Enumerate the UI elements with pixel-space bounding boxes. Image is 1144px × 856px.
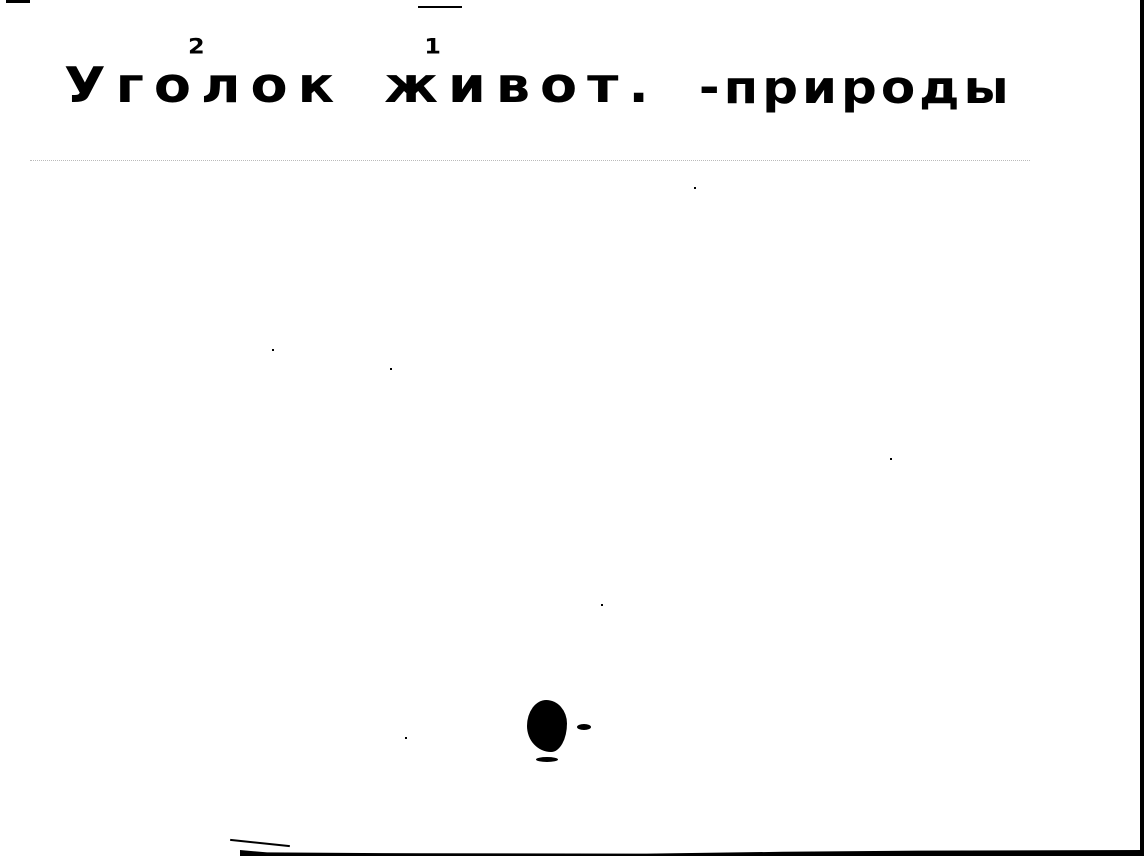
ink-blot	[527, 700, 567, 752]
paper-speck	[601, 604, 603, 606]
card-bottom-border	[240, 850, 1144, 856]
paper-speck	[405, 737, 407, 739]
catalog-card: 2 Уголок 1 живот. -природы	[0, 0, 1144, 856]
title-word-1-text: Уголок	[64, 57, 344, 114]
paper-speck	[694, 187, 696, 189]
handwritten-title: 2 Уголок 1 живот. -природы	[64, 57, 1013, 114]
card-top-border	[6, 0, 30, 3]
faint-ruled-line	[30, 160, 1030, 161]
title-word-2-text: живот.	[384, 57, 659, 114]
title-word-3: -природы	[699, 62, 1013, 114]
title-word-2: 1 живот.	[384, 57, 659, 114]
title-word-1: 2 Уголок	[64, 57, 344, 114]
ink-blot-fragment	[577, 724, 591, 730]
paper-speck	[890, 458, 892, 460]
bottom-edge-scratch	[230, 839, 290, 847]
ink-blot-fragment	[536, 757, 558, 762]
superscript-2: 2	[188, 34, 205, 59]
paper-speck	[390, 368, 392, 370]
title-word-3-text: -природы	[699, 62, 1013, 114]
top-edge-mark	[418, 6, 462, 8]
card-right-border	[1140, 0, 1144, 856]
paper-speck	[272, 349, 274, 351]
superscript-1: 1	[424, 34, 441, 59]
